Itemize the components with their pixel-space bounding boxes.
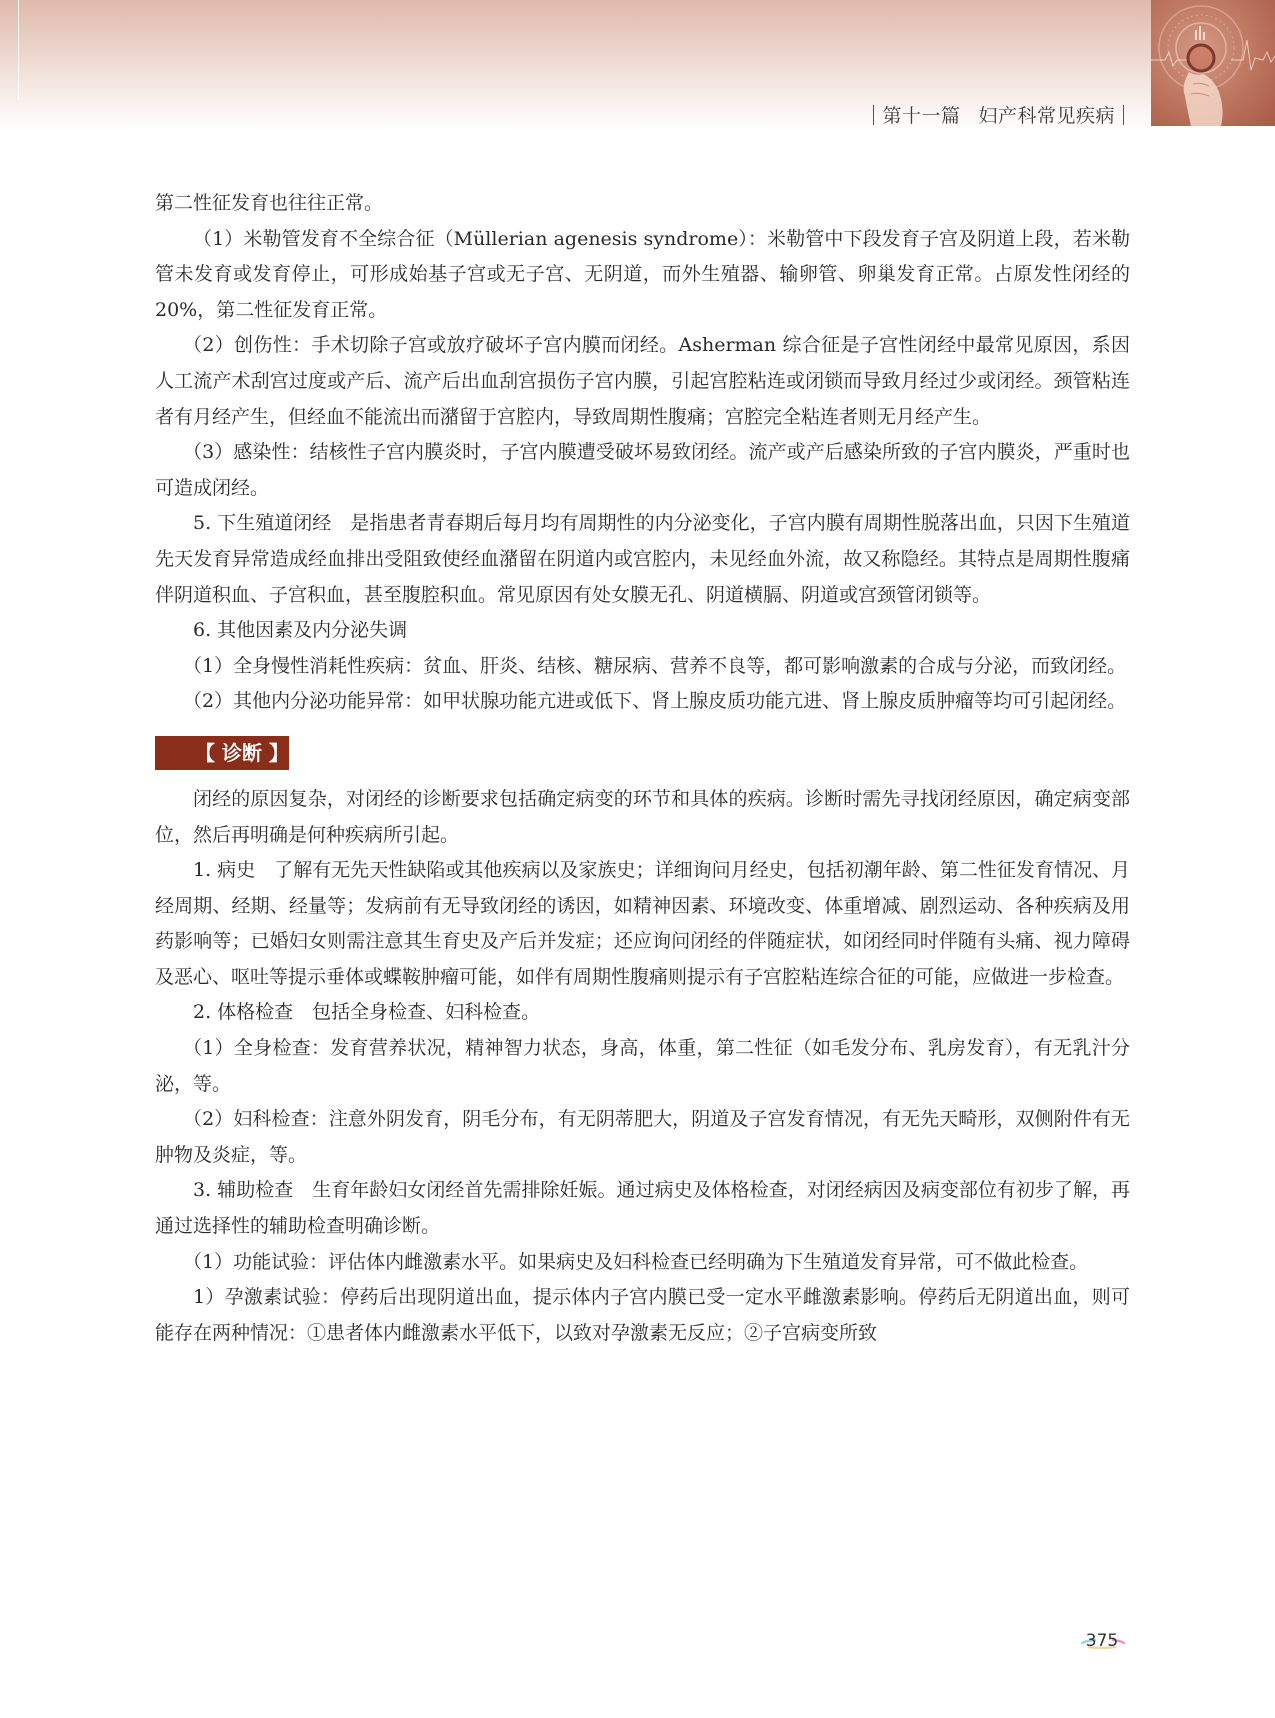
- paragraph: （1）全身检查：发育营养状况，精神智力状态，身高，体重，第二性征（如毛发分布、乳…: [155, 1031, 1130, 1102]
- paragraph: 1. 病史 了解有无先天性缺陷或其他疾病以及家族史；详细询问月经史，包括初潮年龄…: [155, 853, 1130, 995]
- decorative-line: [18, 0, 19, 100]
- part-title: 妇产科常见疾病: [978, 105, 1115, 127]
- paragraph: （1）米勒管发育不全综合征（Müllerian agenesis syndrom…: [155, 222, 1130, 329]
- header-divider-right: [1123, 105, 1124, 125]
- section-heading-diagnosis: 【 诊断 】: [155, 736, 289, 770]
- paragraph: 3. 辅助检查 生育年龄妇女闭经首先需排除妊娠。通过病史及体格检查，对闭经病因及…: [155, 1173, 1130, 1244]
- paragraph: （3）感染性：结核性子宫内膜炎时，子宫内膜遭受破坏易致闭经。流产或产后感染所致的…: [155, 435, 1130, 506]
- running-header: 第十一篇妇产科常见疾病: [865, 101, 1132, 128]
- paragraph: （2）其他内分泌功能异常：如甲状腺功能亢进或低下、肾上腺皮质功能亢进、肾上腺皮质…: [155, 684, 1130, 720]
- paragraph: 1）孕激素试验：停药后出现阴道出血，提示体内子宫内膜已受一定水平雌激素影响。停药…: [155, 1280, 1130, 1351]
- paragraph: （1）全身慢性消耗性疾病：贫血、肝炎、结核、糖尿病、营养不良等，都可影响激素的合…: [155, 649, 1130, 685]
- paragraph: 第二性征发育也往往正常。: [155, 186, 1130, 222]
- stethoscope-image: [1151, 0, 1275, 126]
- header-divider-left: [873, 105, 874, 125]
- paragraph: 闭经的原因复杂，对闭经的诊断要求包括确定病变的环节和具体的疾病。诊断时需先寻找闭…: [155, 782, 1130, 853]
- stethoscope-icon: [1151, 0, 1275, 126]
- part-label: 第十一篇: [882, 105, 960, 127]
- paragraph: （2）创伤性：手术切除子宫或放疗破坏子宫内膜而闭经。Asherman 综合征是子…: [155, 328, 1130, 435]
- paragraph: 6. 其他因素及内分泌失调: [155, 613, 1130, 649]
- paragraph: （2）妇科检查：注意外阴发育，阴毛分布，有无阴蒂肥大，阴道及子宫发育情况，有无先…: [155, 1102, 1130, 1173]
- paragraph: 5. 下生殖道闭经 是指患者青春期后每月均有周期性的内分泌变化，子宫内膜有周期性…: [155, 506, 1130, 613]
- page-body: 第二性征发育也往往正常。 （1）米勒管发育不全综合征（Müllerian age…: [155, 186, 1130, 1351]
- page-number: 375: [1074, 1631, 1130, 1653]
- paragraph: （1）功能试验：评估体内雌激素水平。如果病史及妇科检查已经明确为下生殖道发育异常…: [155, 1245, 1130, 1281]
- paragraph: 2. 体格检查 包括全身检查、妇科检查。: [155, 995, 1130, 1031]
